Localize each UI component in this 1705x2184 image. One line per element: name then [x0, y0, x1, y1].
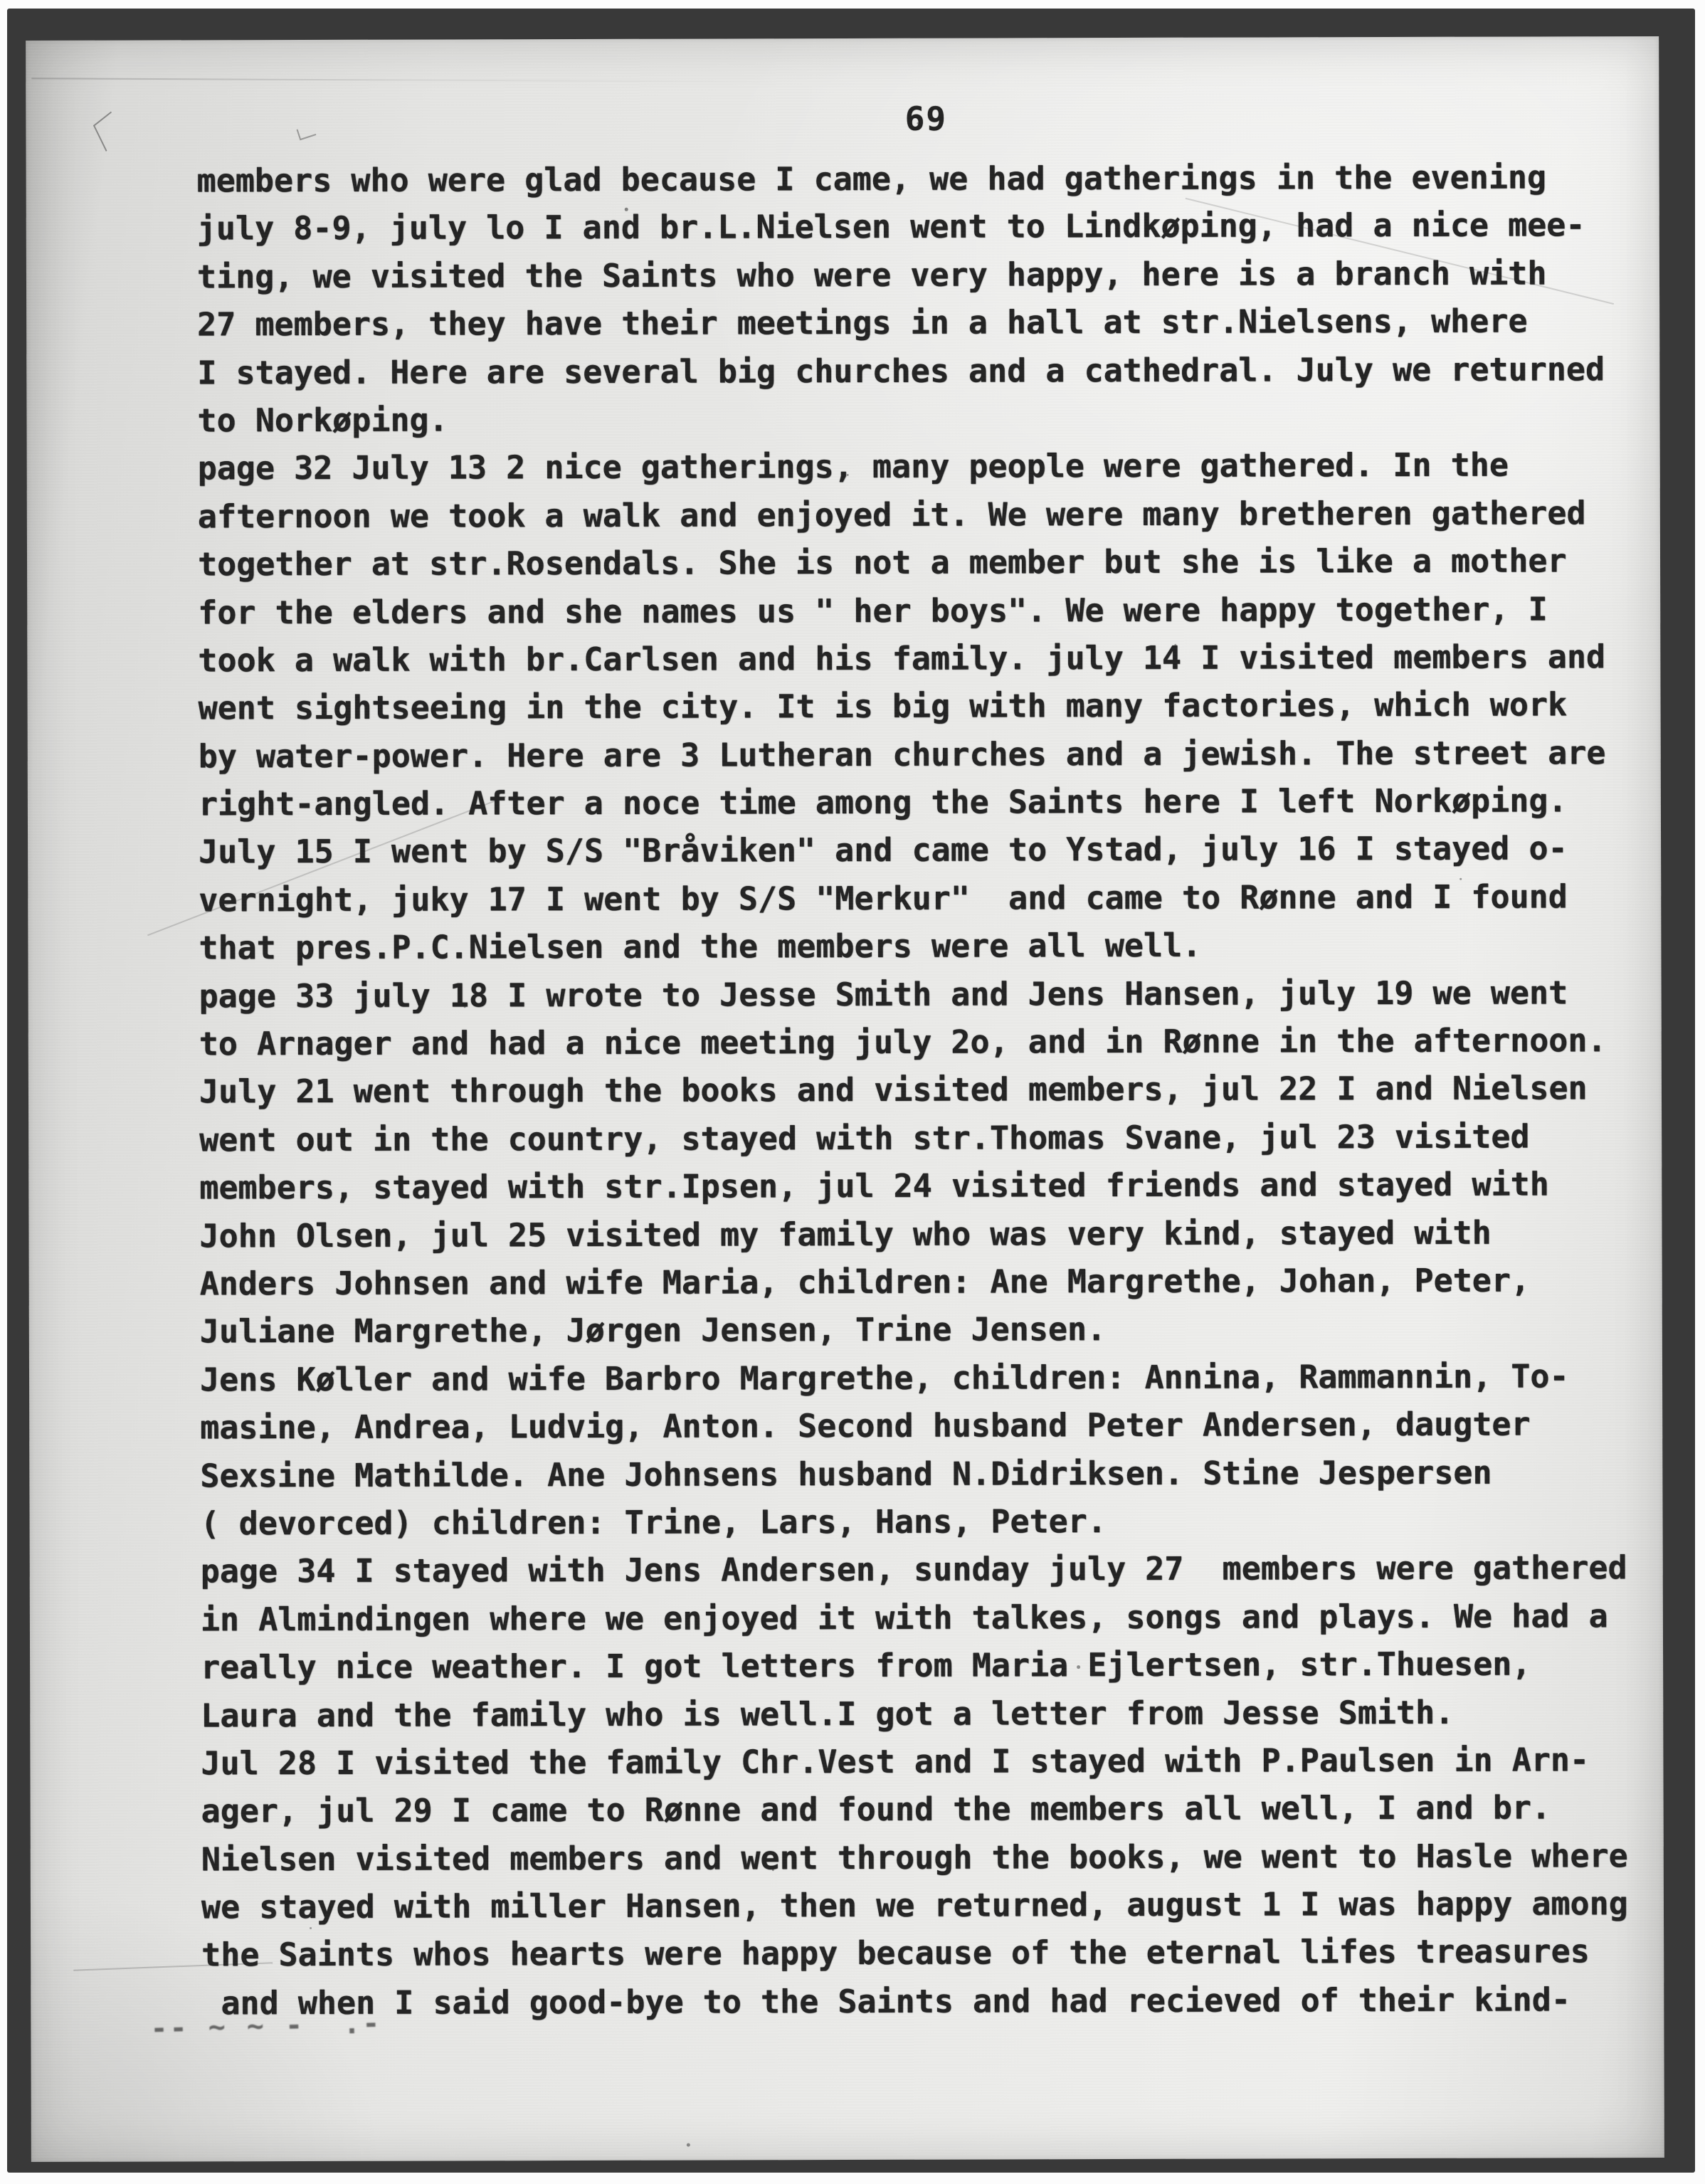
- text-line: that pres.P.C.Nielsen and the members we…: [199, 920, 1657, 972]
- text-line: went sightseeing in the city. It is big …: [198, 680, 1656, 732]
- text-line: July 21 went through the books and visit…: [199, 1064, 1657, 1116]
- text-line: and when I said good-bye to the Saints a…: [201, 1975, 1659, 2027]
- text-line: Jens Køller and wife Barbro Margrethe, c…: [200, 1352, 1658, 1404]
- text-line: Juliane Margrethe, Jørgen Jensen, Trine …: [200, 1304, 1658, 1356]
- text-line: the Saints whos hearts were happy becaus…: [201, 1927, 1659, 1979]
- text-line: vernight, juky 17 I went by S/S "Merkur"…: [199, 872, 1657, 924]
- text-line: July 15 I went by S/S "Bråviken" and cam…: [199, 824, 1657, 876]
- text-line: afternoon we took a walk and enjoyed it.…: [198, 489, 1656, 541]
- text-line: together at str.Rosendals. She is not a …: [198, 537, 1656, 589]
- crease-line: [31, 78, 800, 83]
- text-line: to Norkøping.: [197, 393, 1655, 445]
- text-line: I stayed. Here are several big churches …: [197, 345, 1655, 397]
- text-line: went out in the country, stayed with str…: [199, 1112, 1657, 1164]
- text-line: ager, jul 29 I came to Rønne and found t…: [201, 1783, 1659, 1835]
- text-line: page 32 July 13 2 nice gatherings, many …: [198, 441, 1656, 492]
- text-line: page 34 I stayed with Jens Andersen, sun…: [201, 1544, 1659, 1595]
- text-line: Laura and the family who is well.I got a…: [201, 1688, 1659, 1740]
- text-line: 27 members, they have their meetings in …: [197, 297, 1655, 349]
- text-line: really nice weather. I got letters from …: [201, 1640, 1659, 1692]
- scratch-mark: [93, 111, 124, 151]
- text-line: ting, we visited the Saints who were ver…: [197, 249, 1655, 301]
- text-line: Sexsine Mathilde. Ane Johnsens husband N…: [200, 1448, 1658, 1500]
- text-line: by water-power. Here are 3 Lutheran chur…: [199, 729, 1657, 781]
- paper-speckles: [26, 41, 28, 43]
- text-line: Nielsen visited members and went through…: [201, 1832, 1659, 1884]
- text-line: page 33 july 18 I wrote to Jesse Smith a…: [199, 969, 1657, 1020]
- text-line: members who were glad because I came, we…: [197, 153, 1655, 205]
- text-line: John Olsen, jul 25 visited my family who…: [199, 1208, 1657, 1260]
- text-line: members, stayed with str.Ipsen, jul 24 v…: [199, 1160, 1657, 1212]
- text-line: to Arnager and had a nice meeting july 2…: [199, 1016, 1657, 1068]
- text-line: took a walk with br.Carlsen and his fami…: [198, 633, 1656, 685]
- text-line: in Almindingen where we enjoyed it with …: [201, 1592, 1659, 1644]
- text-line: july 8-9, july lo I and br.L.Nielsen wen…: [197, 201, 1655, 253]
- page-number: 69: [196, 97, 1655, 139]
- text-line: Jul 28 I visited the family Chr.Vest and…: [201, 1736, 1659, 1788]
- paper: 69 members who were glad because I came,…: [26, 36, 1664, 2162]
- typed-text-block: members who were glad because I came, we…: [197, 153, 1660, 2027]
- bottom-smudge: -- ~ ~ - .-: [150, 2007, 382, 2045]
- text-line: right-angled. After a noce time among th…: [199, 776, 1657, 828]
- text-line: Anders Johnsen and wife Maria, children:…: [200, 1256, 1658, 1308]
- text-line: for the elders and she names us " her bo…: [198, 585, 1656, 637]
- text-line: ( devorced) children: Trine, Lars, Hans,…: [200, 1496, 1658, 1548]
- text-line: we stayed with miller Hansen, then we re…: [201, 1879, 1659, 1931]
- text-line: masine, Andrea, Ludvig, Anton. Second hu…: [200, 1400, 1658, 1452]
